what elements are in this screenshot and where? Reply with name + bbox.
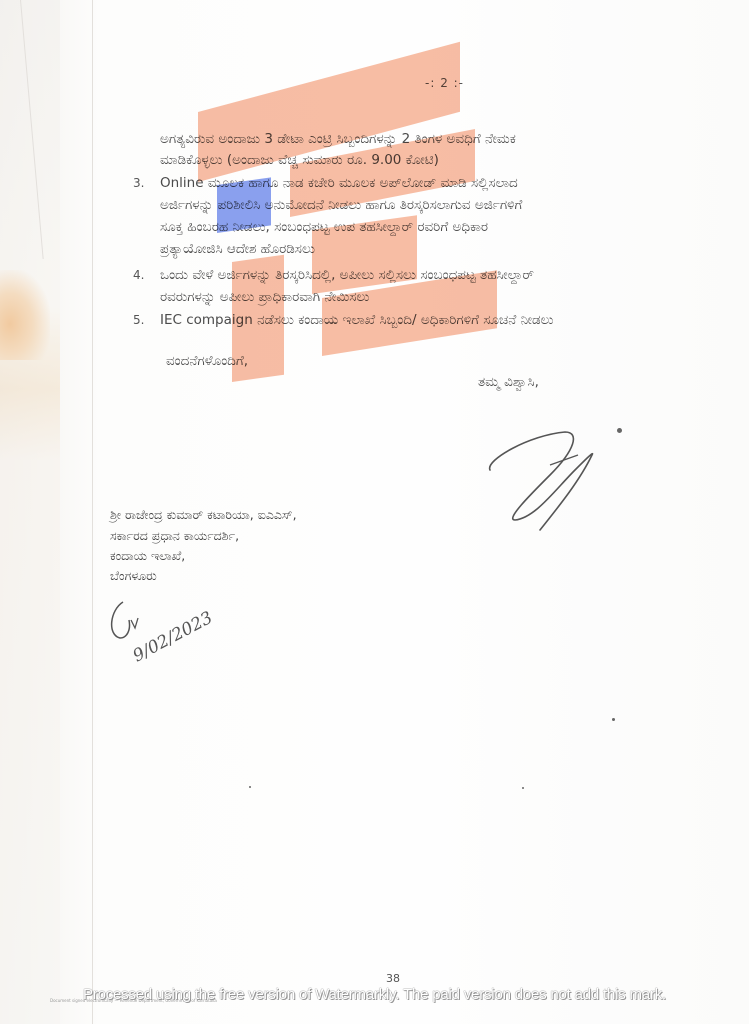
handwritten-initials: 9/02/2023	[105, 590, 225, 650]
footer-page-number: 38	[386, 972, 400, 985]
watermark-bar	[232, 255, 284, 382]
list-number: 5.	[133, 313, 144, 327]
signatory-line: ಶ್ರೀ ರಾಜೇಂದ್ರ ಕುಮಾರ್ ಕಟಾರಿಯಾ, ಐಎಎಸ್,	[110, 506, 297, 524]
list-number: 3.	[133, 176, 144, 190]
signatory-line: ಸರ್ಕಾರದ ಪ್ರಧಾನ ಕಾರ್ಯದರ್ಶಿ,	[110, 527, 239, 545]
watermark-square	[217, 177, 271, 233]
document-page: -: 2 :- ಅಗತ್ಯವಿರುವ ಅಂದಾಜು 3 ಡೇಟಾ ಎಂಟ್ರಿ …	[0, 0, 749, 1024]
fold-line	[92, 0, 93, 1024]
speck	[612, 718, 615, 721]
handwritten-date: 9/02/2023	[130, 608, 216, 667]
signatory-line: ಕಂದಾಯ ಇಲಾಖೆ,	[110, 547, 185, 565]
signature	[480, 420, 630, 540]
list-number: 4.	[133, 268, 144, 282]
speck	[522, 787, 524, 789]
scanned-page-edge	[0, 0, 60, 1024]
page-stain	[0, 270, 50, 360]
signatory-line: ಬೆಂಗಳೂರು	[110, 567, 157, 585]
ink-dot	[617, 428, 622, 433]
speck	[249, 786, 251, 788]
watermark-notice: Processed using the free version of Wate…	[0, 986, 749, 1003]
list-item-line: ಪ್ರತ್ಯಾಯೋಜಿಸಿ ಆದೇಶ ಹೊರಡಿಸಲು	[160, 240, 315, 258]
closing: ತಮ್ಮ ವಿಶ್ವಾಸಿ,	[478, 373, 539, 391]
